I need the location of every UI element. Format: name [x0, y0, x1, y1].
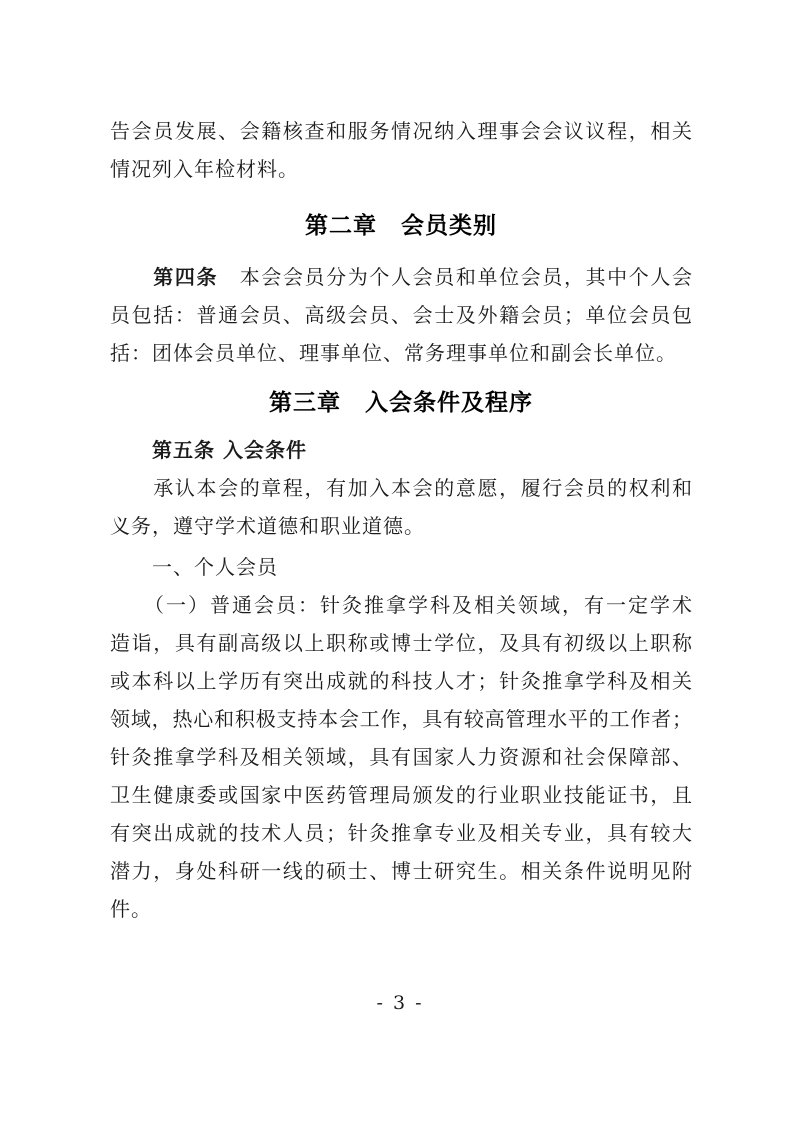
- text-line: 领域，热心和积极支持本会工作，具有较高管理水平的工作者；: [110, 700, 692, 738]
- text-line: 承认本会的章程，有加入本会的意愿，履行会员的权利和: [110, 469, 692, 507]
- text-run: 承认本会的章程，有加入本会的意愿，履行会员的权利和: [110, 476, 692, 500]
- text-line: 义务，遵守学术道德和职业道德。: [110, 507, 692, 545]
- text-run: 本会会员分为个人会员和单位会员，其中个人会: [218, 265, 692, 289]
- text-run: [110, 438, 152, 462]
- text-run: 第二章 会员类别: [305, 212, 497, 238]
- text-run: 告会员发展、会籍核查和服务情况纳入理事会会议议程，相关: [110, 119, 692, 143]
- text-run: 员包括：普通会员、高级会员、会士及外籍会员；单位会员包: [110, 303, 692, 327]
- text-line: 员包括：普通会员、高级会员、会士及外籍会员；单位会员包: [110, 296, 692, 334]
- paragraph: （一）普通会员：针灸推拿学科及相关领域，有一定学术造诣，具有副高级以上职称或博士…: [110, 586, 692, 928]
- text-run: 义务，遵守学术道德和职业道德。: [110, 514, 425, 538]
- paragraph: 一、个人会员: [110, 548, 692, 586]
- text-line: 卫生健康委或国家中医药管理局颁发的行业职业技能证书，且: [110, 776, 692, 814]
- document-body: 告会员发展、会籍核查和服务情况纳入理事会会议议程，相关情况列入年检材料。第二章 …: [110, 112, 692, 928]
- text-line: 第二章 会员类别: [110, 206, 692, 244]
- text-run: [110, 265, 153, 289]
- text-line: 针灸推拿学科及相关领域，具有国家人力资源和社会保障部、: [110, 738, 692, 776]
- text-run: 针灸推拿学科及相关领域，具有国家人力资源和社会保障部、: [110, 745, 692, 769]
- text-line: 第五条 入会条件: [110, 431, 692, 469]
- document-page: 告会员发展、会籍核查和服务情况纳入理事会会议议程，相关情况列入年检材料。第二章 …: [0, 0, 800, 1131]
- chapter-heading: 第三章 入会条件及程序: [110, 383, 692, 421]
- paragraph: 第四条 本会会员分为个人会员和单位会员，其中个人会员包括：普通会员、高级会员、会…: [110, 258, 692, 372]
- text-line: 潜力，身处科研一线的硕士、博士研究生。相关条件说明见附: [110, 852, 692, 890]
- article-number-bold: 第四条: [153, 265, 218, 289]
- text-run: 领域，热心和积极支持本会工作，具有较高管理水平的工作者；: [110, 707, 692, 731]
- text-run: 一、个人会员: [110, 555, 278, 579]
- text-run: 件。: [110, 897, 152, 921]
- text-run: （一）普通会员：针灸推拿学科及相关领域，有一定学术: [110, 593, 692, 617]
- text-line: 第三章 入会条件及程序: [110, 383, 692, 421]
- chapter-heading: 第二章 会员类别: [110, 206, 692, 244]
- text-line: 一、个人会员: [110, 548, 692, 586]
- text-line: 或本科以上学历有突出成就的科技人才；针灸推拿学科及相关: [110, 662, 692, 700]
- text-run: 第三章 入会条件及程序: [269, 389, 533, 415]
- text-run: 括：团体会员单位、理事单位、常务理事单位和副会长单位。: [110, 341, 677, 365]
- text-line: （一）普通会员：针灸推拿学科及相关领域，有一定学术: [110, 586, 692, 624]
- text-run: 造诣，具有副高级以上职称或博士学位，及具有初级以上职称: [110, 631, 692, 655]
- page-number: - 3 -: [0, 992, 800, 1014]
- text-run: 或本科以上学历有突出成就的科技人才；针灸推拿学科及相关: [110, 669, 692, 693]
- text-line: 件。: [110, 890, 692, 928]
- text-line: 造诣，具有副高级以上职称或博士学位，及具有初级以上职称: [110, 624, 692, 662]
- text-line: 第四条 本会会员分为个人会员和单位会员，其中个人会: [110, 258, 692, 296]
- text-line: 括：团体会员单位、理事单位、常务理事单位和副会长单位。: [110, 334, 692, 372]
- paragraph: 告会员发展、会籍核查和服务情况纳入理事会会议议程，相关情况列入年检材料。: [110, 112, 692, 188]
- text-run: 卫生健康委或国家中医药管理局颁发的行业职业技能证书，且: [110, 783, 692, 807]
- paragraph: 第五条 入会条件: [110, 431, 692, 469]
- text-run: 有突出成就的技术人员；针灸推拿专业及相关专业，具有较大: [110, 821, 692, 845]
- text-line: 情况列入年检材料。: [110, 150, 692, 188]
- text-run: 潜力，身处科研一线的硕士、博士研究生。相关条件说明见附: [110, 859, 692, 883]
- text-run: 情况列入年检材料。: [110, 157, 299, 181]
- text-line: 有突出成就的技术人员；针灸推拿专业及相关专业，具有较大: [110, 814, 692, 852]
- paragraph: 承认本会的章程，有加入本会的意愿，履行会员的权利和义务，遵守学术道德和职业道德。: [110, 469, 692, 545]
- text-line: 告会员发展、会籍核查和服务情况纳入理事会会议议程，相关: [110, 112, 692, 150]
- article-number-bold: 第五条 入会条件: [152, 438, 307, 462]
